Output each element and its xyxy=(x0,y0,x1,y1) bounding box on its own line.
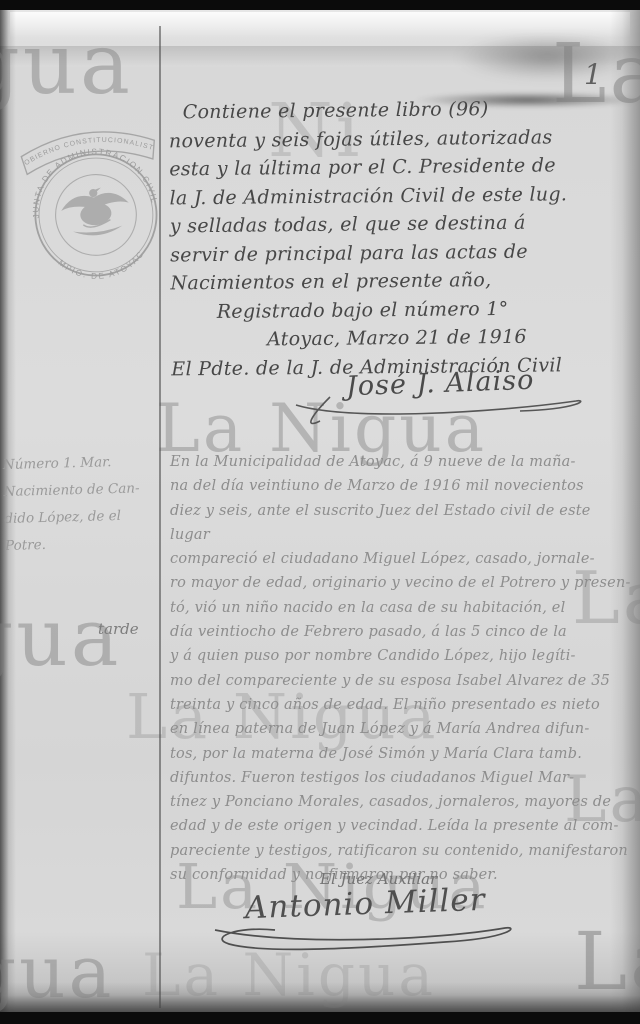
margin-line: Nacimiento de Can- xyxy=(3,475,156,506)
watermark: gua xyxy=(0,936,114,1008)
margin-line: dido López, de el Potre. xyxy=(4,502,157,560)
note-line: la J. de Administración Civil de este lu… xyxy=(169,179,631,212)
act-body: En la Municipalidad de Atoyac, á 9 nueve… xyxy=(170,450,634,887)
scan-smudge xyxy=(455,34,640,80)
body-line: compareció el ciudadano Miguel López, ca… xyxy=(170,547,634,571)
header-note: Contiene el presente libro (96) noventa … xyxy=(169,94,634,384)
registrar-signature: José J. Alaiso xyxy=(290,368,590,429)
page-number: 1 xyxy=(584,58,602,91)
judge-signature: Antonio Miller xyxy=(205,886,525,958)
bottom-edge-shadow xyxy=(0,982,640,1012)
body-line: tos, por la materna de José Simón y Marí… xyxy=(170,742,634,766)
body-line: pareciente y testigos, ratificaron su co… xyxy=(170,839,634,863)
seal-ring-text-bottom: MPIO. DE ATOYAC xyxy=(56,248,149,286)
body-line: y á quien puso por nombre Candido López,… xyxy=(170,644,634,668)
body-line: edad y de este origen y vecindad. Leída … xyxy=(170,814,634,838)
body-line: en línea paterna de Juan López y á María… xyxy=(170,717,634,741)
scan-highlight xyxy=(10,12,630,38)
watermark: La xyxy=(574,922,640,1002)
margin-catchword: tarde xyxy=(98,620,139,638)
body-line: diez y seis, ante el suscrito Juez del E… xyxy=(170,499,634,548)
body-line: treinta y cinco años de edad. El niño pr… xyxy=(170,693,634,717)
svg-text:MPIO. DE ATOYAC: MPIO. DE ATOYAC xyxy=(56,248,149,286)
watermark: gua xyxy=(0,22,133,106)
judge-signature-name: Antonio Miller xyxy=(244,882,486,926)
body-line: difuntos. Fueron testigos los ciudadanos… xyxy=(170,766,634,790)
body-line: mo del compareciente y de su esposa Isab… xyxy=(170,669,634,693)
document-page: gua La Ni La Nigua gua La La Nigua La La… xyxy=(0,10,640,1012)
body-line: na del día veintiuno de Marzo de 1916 mi… xyxy=(170,474,634,498)
eagle-emblem-icon xyxy=(59,184,132,239)
body-line: ro mayor de edad, originario y vecino de… xyxy=(170,571,634,595)
body-line: tínez y Ponciano Morales, casados, jorna… xyxy=(170,790,634,814)
margin-entry: Número 1. Mar. Nacimiento de Can- dido L… xyxy=(3,448,158,560)
body-line: día veintiocho de Febrero pasado, á las … xyxy=(170,620,634,644)
body-line: En la Municipalidad de Atoyac, á 9 nueve… xyxy=(170,450,634,474)
municipal-seal: GOBIERNO CONSTITUCIONALISTA JUNTA DE ADM… xyxy=(4,89,183,309)
body-line: tó, vió un niño nacido en la casa de su … xyxy=(170,596,634,620)
document-scan: gua La Ni La Nigua gua La La Nigua La La… xyxy=(0,0,640,1024)
registrar-signature-name: José J. Alaiso xyxy=(345,365,534,403)
fold-shadow xyxy=(0,46,640,66)
margin-line: Número 1. Mar. xyxy=(3,448,156,479)
watermark: gua xyxy=(0,598,121,678)
